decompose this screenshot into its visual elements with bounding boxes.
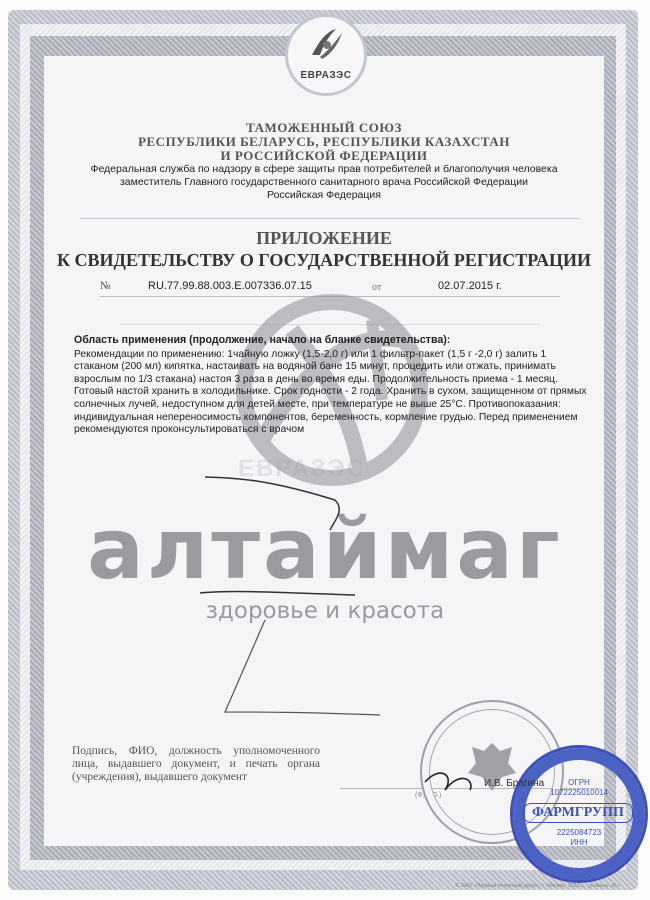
company-stamp: ОГРН 1072225010014 ФАРМГРУПП 2225084723 … (510, 745, 648, 883)
printer-note: © ЗАО «Первый печатный двор», г. Москва,… (455, 883, 620, 889)
stamp-ogrn: 1072225010014 (513, 788, 645, 797)
header-deputy: заместитель Главного государственного са… (44, 176, 604, 188)
stamp-inn-label: ИНН (513, 838, 645, 847)
signature-label: Подпись, ФИО, должность уполномоченного … (72, 745, 320, 784)
watermark-brand: алтаймаг (0, 500, 650, 598)
header-country: Российская Федерация (44, 189, 604, 201)
logo-text: ЕВРАЗЭС (300, 70, 351, 81)
stamp-inn: 2225084723 (513, 828, 645, 837)
signatory-name: И.В. Брагина (484, 778, 544, 789)
evrazes-emblem-icon (306, 25, 346, 65)
registration-date: 02.07.2015 г. (438, 280, 502, 292)
header-service: Федеральная служба по надзору в сфере за… (44, 163, 604, 175)
body-lead: Область применения (продолжение, начало … (74, 334, 590, 347)
body-text: Рекомендации по применению: 1чайную ложк… (74, 349, 590, 437)
document-body: Область применения (продолжение, начало … (74, 334, 590, 437)
title-certificate: К СВИДЕТЕЛЬСТВУ О ГОСУДАРСТВЕННОЙ РЕГИСТ… (44, 250, 604, 271)
evrazes-logo: ЕВРАЗЭС (285, 14, 367, 96)
watermark-tagline: здоровье и красота (0, 598, 650, 624)
title-appendix: ПРИЛОЖЕНИЕ (44, 228, 604, 249)
divider (80, 218, 580, 219)
header-republics-2: И РОССИЙСКОЙ ФЕДЕРАЦИИ (44, 148, 604, 164)
number-sign: № (100, 280, 111, 292)
stamp-company: ФАРМГРУПП (523, 803, 633, 823)
